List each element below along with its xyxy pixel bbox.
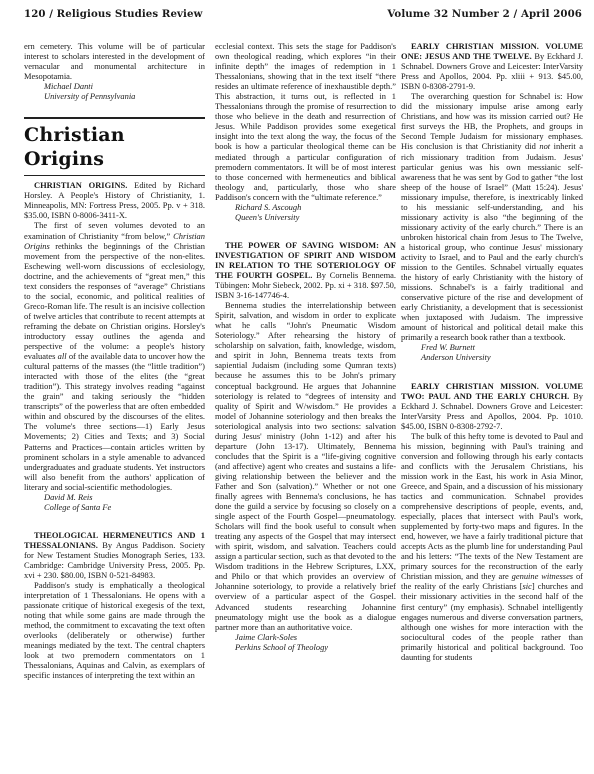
- reviewer-name: Fred W. Burnett: [401, 342, 583, 352]
- review-early-christian-mission-vol2: EARLY CHRISTIAN MISSION. VOLUME TWO: PAU…: [401, 381, 583, 662]
- review-power-of-saving-wisdom: THE POWER OF SAVING WISDOM: AN INVESTIGA…: [215, 240, 396, 652]
- reviewer-name: David M. Reis: [24, 492, 205, 502]
- review-body: ecclesial context. This sets the stage f…: [215, 41, 396, 202]
- review-body: ern cemetery. This volume will be of par…: [24, 41, 205, 81]
- review-christian-origins: CHRISTIAN ORIGINS. Edited by Richard Hor…: [24, 180, 205, 512]
- running-head: 120 / Religious Studies Review Volume 32…: [24, 8, 582, 22]
- review-theological-hermeneutics: THEOLOGICAL HERMENEUTICS AND 1 THESSALON…: [24, 530, 205, 681]
- reviewer-affiliation: Anderson University: [401, 352, 583, 362]
- volume-issue-date: Volume 32 Number 2 / April 2006: [387, 8, 582, 20]
- book-title: EARLY CHRISTIAN MISSION. VOLUME TWO: PAU…: [401, 381, 583, 401]
- continued-review: ern cemetery. This volume will be of par…: [24, 41, 205, 101]
- review-body: The bulk of this hefty tome is devoted t…: [401, 431, 583, 662]
- page-number-journal-title: 120 / Religious Studies Review: [24, 8, 202, 20]
- column-2: ecclesial context. This sets the stage f…: [215, 41, 396, 652]
- review-early-christian-mission-vol1: EARLY CHRISTIAN MISSION. VOLUME ONE: JES…: [401, 41, 583, 363]
- review-header: CHRISTIAN ORIGINS. Edited by Richard Hor…: [24, 180, 205, 220]
- review-header: EARLY CHRISTIAN MISSION. VOLUME ONE: JES…: [401, 41, 583, 91]
- column-1: ern cemetery. This volume will be of par…: [24, 41, 205, 681]
- review-header: THEOLOGICAL HERMENEUTICS AND 1 THESSALON…: [24, 530, 205, 580]
- reviewer-name: Richard S. Ascough: [215, 202, 396, 212]
- review-body: Bennema studies the interrelationship be…: [215, 300, 396, 632]
- review-body: Paddison's study is emphatically a theol…: [24, 580, 205, 680]
- reviewer-name: Michael Danti: [24, 81, 205, 91]
- review-header: EARLY CHRISTIAN MISSION. VOLUME TWO: PAU…: [401, 381, 583, 431]
- review-body: The first of seven volumes devoted to an…: [24, 220, 205, 491]
- review-header: THE POWER OF SAVING WISDOM: AN INVESTIGA…: [215, 240, 396, 300]
- book-title: CHRISTIAN ORIGINS.: [34, 180, 127, 190]
- reviewer-affiliation: College of Santa Fe: [24, 502, 205, 512]
- review-theological-hermeneutics-continued: ecclesial context. This sets the stage f…: [215, 41, 396, 222]
- section-title: Christian Origins: [24, 117, 205, 176]
- reviewer-affiliation: Queen's University: [215, 212, 396, 222]
- reviewer-affiliation: University of Pennsylvania: [24, 91, 205, 101]
- reviewer-affiliation: Perkins School of Theology: [215, 642, 396, 652]
- reviewer-name: Jaime Clark-Soles: [215, 632, 396, 642]
- column-3: EARLY CHRISTIAN MISSION. VOLUME ONE: JES…: [401, 41, 583, 662]
- review-body: The overarching question for Schnabel is…: [401, 91, 583, 342]
